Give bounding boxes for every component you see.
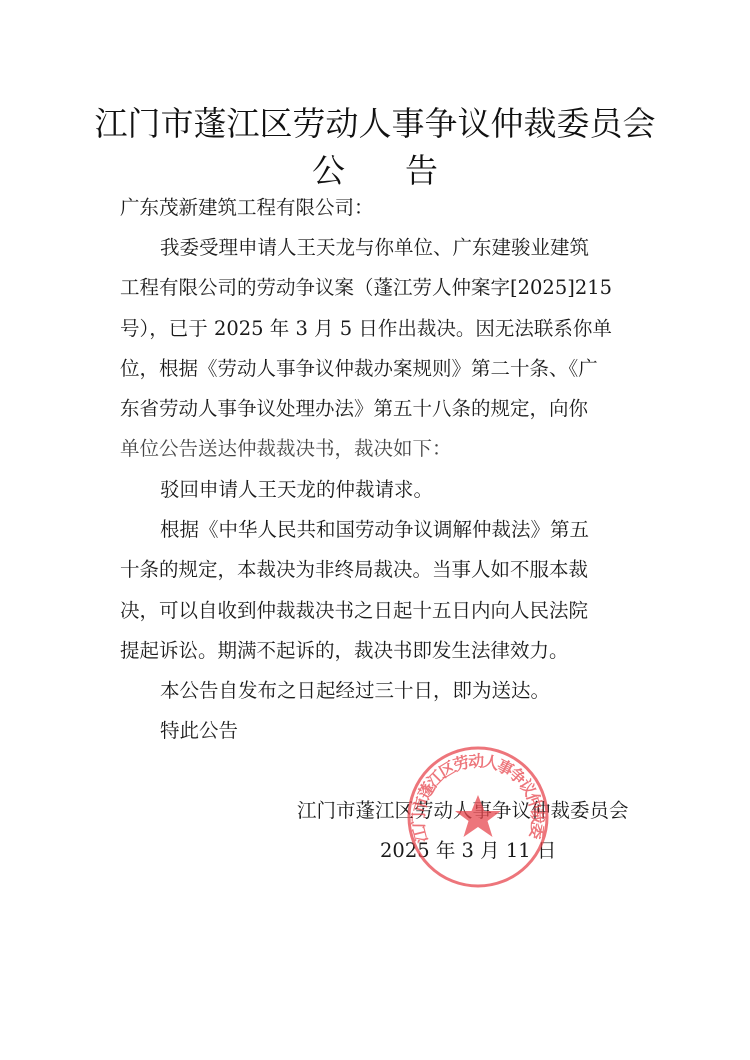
body-line: 单位公告送达仲裁裁决书，裁决如下： [120, 433, 452, 461]
heading-char-2: 告 [405, 145, 438, 192]
body-line: 号），已于 2025 年 3 月 5 日作出裁决。因无法联系你单 [120, 313, 612, 341]
body-line: 根据《中华人民共和国劳动争议调解仲裁法》第五 [160, 514, 589, 542]
ruling-text: 驳回申请人王天龙的仲裁请求。 [160, 474, 433, 502]
body-line: 我委受理申请人王天龙与你单位、广东建骏业建筑 [160, 232, 589, 260]
closing-text: 特此公告 [160, 715, 238, 743]
body-line: 位，根据《劳动人事争议仲裁办案规则》第二十条、《广 [120, 353, 598, 381]
body-line: 决，可以自收到仲裁裁决书之日起十五日内向人民法院 [120, 595, 588, 623]
svg-text:江门市蓬江区劳动人事争议仲裁委员会: 江门市蓬江区劳动人事争议仲裁委员会 [406, 745, 547, 846]
body-line: 十条的规定，本裁决为非终局裁决。当事人如不服本裁 [120, 554, 588, 582]
notice-heading: 公告 [0, 145, 750, 192]
seal-icon: 江门市蓬江区劳动人事争议仲裁委员会 [406, 745, 550, 889]
body-line: 工程有限公司的劳动争议案（蓬江劳人仲案字[2025]215 [120, 272, 612, 300]
addressee: 广东茂新建筑工程有限公司： [120, 192, 374, 220]
body-line: 本公告自发布之日起经过三十日，即为送达。 [160, 675, 550, 703]
heading-char-1: 公 [312, 145, 345, 192]
body-line: 提起诉讼。期满不起诉的，裁决书即发生法律效力。 [120, 635, 569, 663]
star-icon [455, 795, 501, 837]
notice-issuer-title: 江门市蓬江区劳动人事争议仲裁委员会 [0, 98, 750, 145]
body-line: 东省劳动人事争议处理办法》第五十八条的规定，向你 [120, 393, 588, 421]
official-seal-stamp: 江门市蓬江区劳动人事争议仲裁委员会 [406, 745, 550, 889]
